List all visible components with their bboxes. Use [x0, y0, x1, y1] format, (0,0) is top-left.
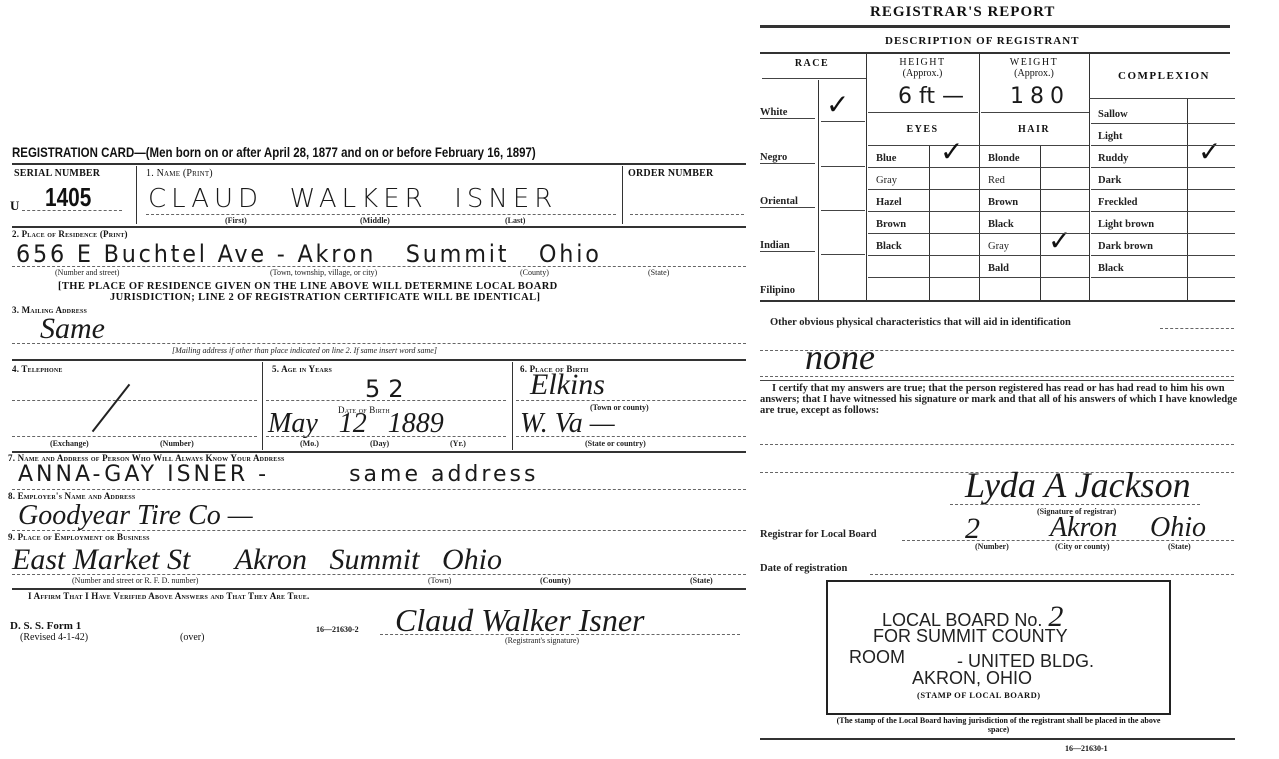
employment-county-caption: (County) — [540, 576, 571, 585]
hair-header: HAIR — [979, 124, 1089, 135]
eyes-black: Black — [876, 241, 902, 252]
race-filipino: Filipino — [760, 285, 795, 296]
age-label: 5. Age in Years — [272, 364, 332, 374]
local-board-city-caption: (City or county) — [1055, 542, 1110, 551]
race-header: RACE — [760, 58, 864, 69]
local-board-number: 2 — [965, 512, 980, 546]
form-code-left: 16—21630-2 — [316, 625, 359, 634]
employment-label: 9. Place of Employment or Business — [8, 532, 150, 542]
stamp-caption: (STAMP OF LOCAL BOARD) — [917, 690, 1041, 700]
other-characteristics-value: none — [805, 336, 875, 378]
local-board-label: Registrar for Local Board — [760, 529, 877, 540]
card-title: REGISTRATION CARD—(Men born on or after … — [12, 144, 536, 160]
telephone-value-slash — [92, 384, 131, 433]
local-board-number-caption: (Number) — [975, 542, 1009, 551]
report-subtitle: DESCRIPTION OF REGISTRANT — [885, 35, 1080, 47]
name-middle-caption: (Middle) — [360, 216, 390, 225]
complexion-light: Light — [1098, 131, 1123, 142]
order-number-label: ORDER NUMBER — [628, 168, 713, 179]
mailing-value: Same — [40, 312, 105, 346]
complexion-dark: Dark — [1098, 175, 1121, 186]
telephone-label: 4. Telephone — [12, 364, 63, 374]
height-value: 6 ft — — [898, 84, 964, 109]
form-code-right: 16—21630-1 — [1065, 744, 1108, 753]
complexion-sallow: Sallow — [1098, 109, 1128, 120]
mailing-note: [Mailing address if other than place ind… — [172, 346, 437, 355]
serial-number-label: SERIAL NUMBER — [14, 168, 100, 179]
serial-number-value: 1405 — [45, 182, 91, 213]
residence-town-caption: (Town, township, village, or city) — [270, 268, 377, 277]
eyes-blue: Blue — [876, 153, 896, 164]
eyes-brown: Brown — [876, 219, 906, 230]
stamp-line-4: AKRON, OHIO — [912, 668, 1032, 689]
name-last-caption: (Last) — [505, 216, 525, 225]
residence-label: 2. Place of Residence (Print) — [12, 229, 128, 239]
over-note: (over) — [180, 632, 204, 643]
serial-prefix: U — [10, 198, 19, 214]
complexion-freckled: Freckled — [1098, 197, 1137, 208]
residence-state-caption: (State) — [648, 268, 669, 277]
local-board-state: Ohio — [1150, 512, 1206, 544]
race-indian: Indian — [760, 240, 815, 252]
complexion-dark-brown: Dark brown — [1098, 241, 1153, 252]
telephone-number-caption: (Number) — [160, 439, 194, 448]
residence-street-caption: (Number and street) — [55, 268, 119, 277]
complexion-header: COMPLEXION — [1089, 70, 1239, 82]
stamp-note: (The stamp of the Local Board having jur… — [826, 716, 1171, 734]
hair-black: Black — [988, 219, 1014, 230]
contact-value: ANNA-GAY ISNER - same address — [18, 462, 538, 487]
form-name: D. S. S. Form 1 — [10, 620, 81, 632]
employment-street-caption: (Number and street or R. F. D. number) — [72, 576, 198, 585]
hair-gray-checkmark: ✓ — [1048, 224, 1071, 257]
dob-month-caption: (Mo.) — [300, 439, 319, 448]
race-white-checkmark: ✓ — [826, 88, 849, 121]
telephone-exchange-caption: (Exchange) — [50, 439, 89, 448]
weight-value: 180 — [1010, 84, 1070, 109]
employment-value: East Market St Akron Summit Ohio — [12, 543, 502, 577]
local-board-state-caption: (State) — [1168, 542, 1191, 551]
employer-value: Goodyear Tire Co — — [18, 500, 253, 532]
race-white: White — [760, 107, 815, 119]
registrar-signature: Lyda A Jackson — [965, 464, 1191, 506]
hair-red: Red — [988, 175, 1005, 186]
jurisdiction-note-2: JURISDICTION; LINE 2 OF REGISTRATION CER… — [110, 292, 540, 303]
divider — [12, 163, 746, 165]
hair-bald: Bald — [988, 263, 1009, 274]
dob-day-caption: (Day) — [370, 439, 389, 448]
dob-year-caption: (Yr.) — [450, 439, 466, 448]
eyes-hazel: Hazel — [876, 197, 902, 208]
complexion-ruddy-checkmark: ✓ — [1198, 135, 1221, 168]
name-value: CLAUD WALKER ISNER — [148, 184, 557, 214]
local-board-city: Akron — [1050, 512, 1117, 544]
hair-brown: Brown — [988, 197, 1018, 208]
certification-text: I certify that my answers are true; that… — [760, 383, 1238, 416]
race-negro: Negro — [760, 152, 815, 164]
hair-gray: Gray — [988, 241, 1009, 252]
name-first-caption: (First) — [225, 216, 247, 225]
birthplace-state-caption: (State or country) — [585, 439, 646, 448]
weight-header: WEIGHT — [979, 57, 1089, 68]
birthplace-town: Elkins — [530, 368, 605, 402]
height-header: HEIGHT — [866, 57, 979, 68]
hair-blonde: Blonde — [988, 153, 1020, 164]
age-value: 52 — [365, 375, 412, 403]
employment-state-caption: (State) — [690, 576, 713, 585]
race-oriental: Oriental — [760, 196, 815, 208]
complexion-black: Black — [1098, 263, 1124, 274]
eyes-header: EYES — [866, 124, 979, 135]
weight-sub: (Approx.) — [979, 68, 1089, 79]
signature-caption: (Registrant's signature) — [505, 636, 579, 645]
report-title: REGISTRAR'S REPORT — [870, 4, 1055, 21]
complexion-light-brown: Light brown — [1098, 219, 1154, 230]
other-characteristics-label: Other obvious physical characteristics t… — [770, 317, 1071, 328]
residence-county-caption: (County) — [520, 268, 549, 277]
form-revised: (Revised 4-1-42) — [20, 632, 88, 643]
date-of-registration-label: Date of registration — [760, 563, 847, 574]
eyes-gray: Gray — [876, 175, 897, 186]
complexion-ruddy: Ruddy — [1098, 153, 1128, 164]
jurisdiction-note-1: [THE PLACE OF RESIDENCE GIVEN ON THE LIN… — [58, 281, 558, 292]
affirmation-text: I Affirm That I Have Verified Above Answ… — [28, 591, 309, 601]
employment-town-caption: (Town) — [428, 576, 451, 585]
stamp-line-2: FOR SUMMIT COUNTY — [873, 626, 1068, 647]
residence-value: 656 E Buchtel Ave - Akron Summit Ohio — [16, 240, 602, 268]
stamp-line-3a: ROOM — [849, 647, 905, 668]
height-sub: (Approx.) — [866, 68, 979, 79]
name-label: 1. Name (Print) — [146, 168, 213, 179]
eyes-blue-checkmark: ✓ — [940, 135, 963, 168]
